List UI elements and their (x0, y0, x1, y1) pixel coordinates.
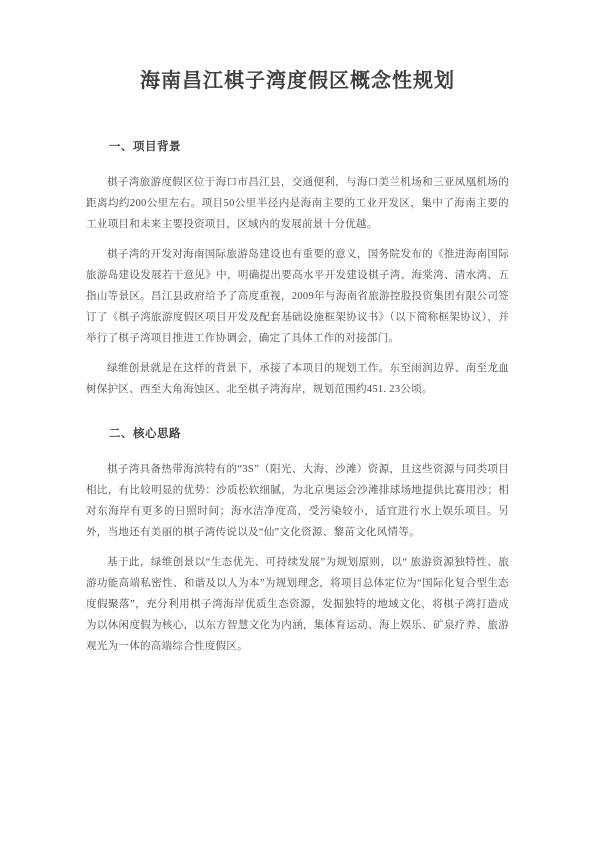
section-heading-core-idea: 二、核心思路 (86, 427, 509, 442)
document-page: 海南昌江棋子湾度假区概念性规划 一、项目背景 棋子湾旅游度假区位于海口市昌江县，… (0, 0, 595, 842)
document-title: 海南昌江棋子湾度假区概念性规划 (0, 0, 595, 95)
paragraph: 基于此，绿维创景以“生态优先、可持续发展”为规划原则，以“ 旅游资源独特性、旅游… (86, 552, 509, 657)
paragraph: 绿维创景就是在这样的背景下，承接了本项目的规划工作。东至雨润边界、南至龙血树保护… (86, 358, 509, 400)
paragraph: 棋子湾的开发对海南国际旅游岛建设也有重要的意义，国务院发布的《推进海南国际旅游岛… (86, 244, 509, 349)
paragraph: 棋子湾旅游度假区位于海口市昌江县，交通便利，与海口美兰机场和三亚凤凰机场的距离均… (86, 172, 509, 235)
section-heading-project-background: 一、项目背景 (86, 140, 509, 155)
document-content: 一、项目背景 棋子湾旅游度假区位于海口市昌江县，交通便利，与海口美兰机场和三亚凤… (86, 140, 509, 657)
paragraph: 棋子湾具备热带海滨特有的“3S”（阳光、大海、沙滩）资源，且这些资源与同类项目相… (86, 459, 509, 543)
